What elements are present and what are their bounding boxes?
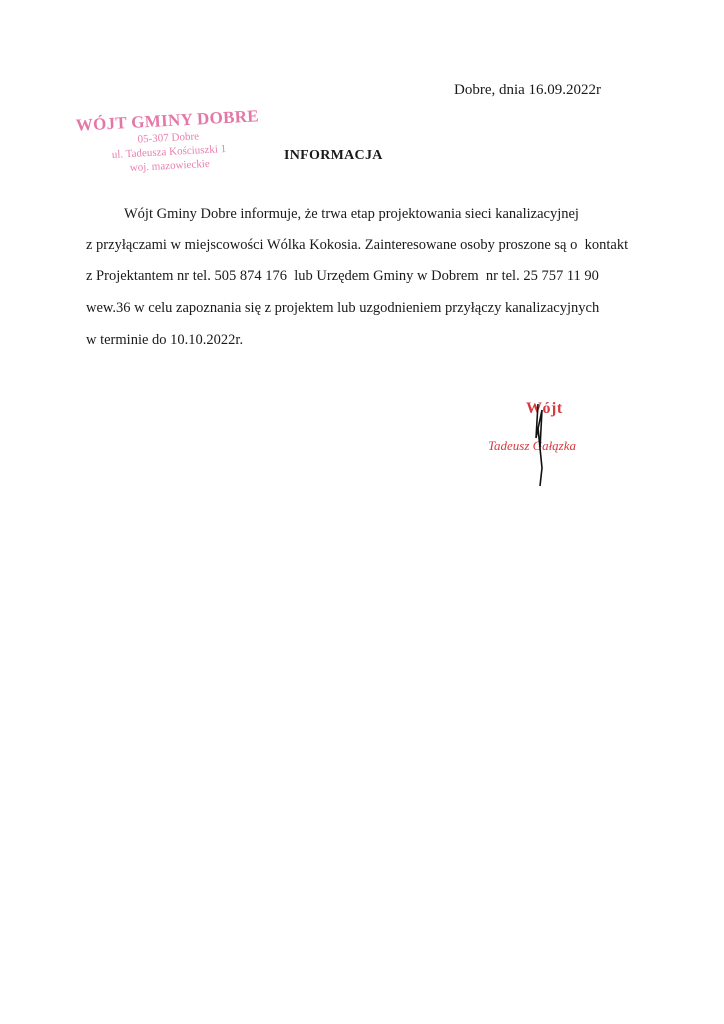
signature-block: Wójt Tadeusz Gałązka: [480, 398, 620, 488]
body-line: wew.36 w celu zapoznania się z projektem…: [86, 300, 599, 317]
document-page: Dobre, dnia 16.09.2022r WÓJT GMINY DOBRE…: [0, 0, 724, 1024]
handwritten-signature-icon: [480, 398, 620, 488]
body-line: z przyłączami w miejscowości Wólka Kokos…: [86, 237, 628, 254]
body-line: Wójt Gminy Dobre informuje, że trwa etap…: [124, 206, 579, 223]
office-stamp: WÓJT GMINY DOBRE 05-307 Dobre ul. Tadeus…: [72, 106, 265, 178]
body-line: w terminie do 10.10.2022r.: [86, 332, 243, 349]
date-line: Dobre, dnia 16.09.2022r: [454, 82, 601, 99]
body-line: z Projektantem nr tel. 505 874 176 lub U…: [86, 268, 599, 285]
document-heading: INFORMACJA: [284, 148, 383, 164]
